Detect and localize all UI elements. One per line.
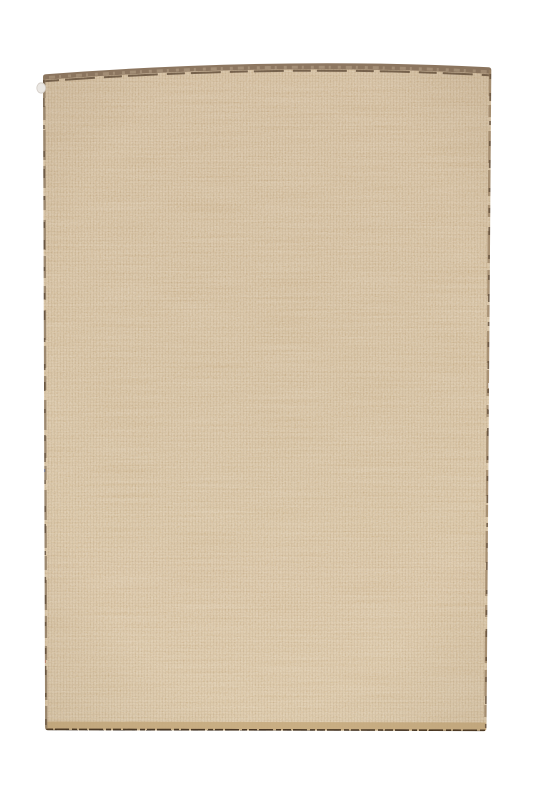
rug-corner-tag — [37, 83, 46, 93]
rug-image — [0, 0, 533, 800]
rug-vignette — [30, 48, 505, 743]
rug-bottom-edge-specks — [52, 731, 480, 732]
product-photo-background — [0, 0, 533, 800]
right-edge-white-speck — [489, 404, 492, 410]
right-edge-white-speck — [488, 548, 491, 552]
